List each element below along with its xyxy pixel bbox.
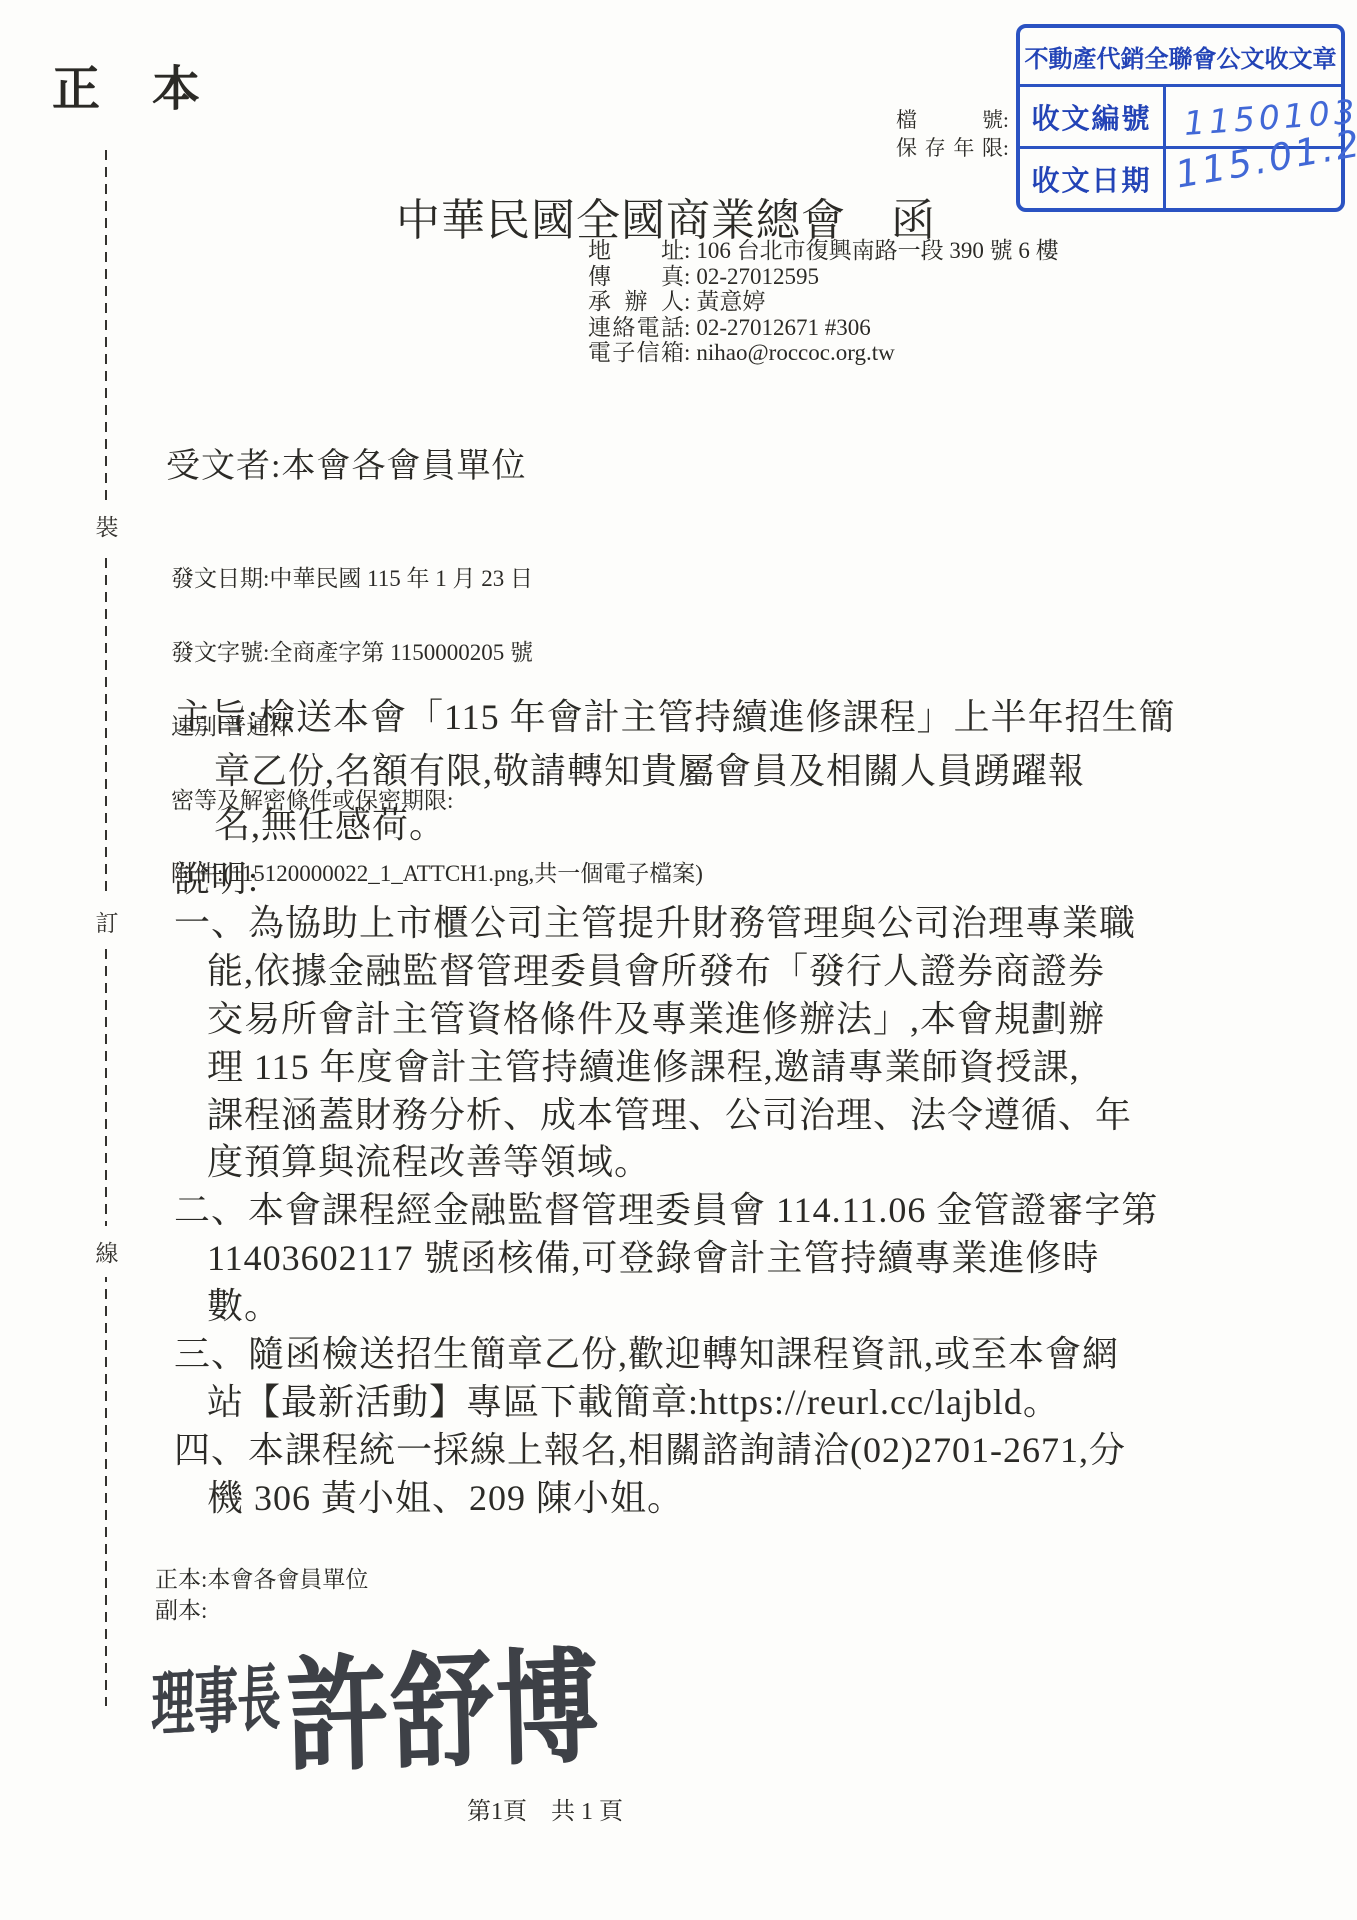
file-number-block: 檔號: 保存年限: <box>896 106 1009 162</box>
contact-address-row: 地址:106 台北市復興南路一段 390 號 6 樓 <box>588 238 1059 264</box>
receipt-number-label: 收文編號 <box>1020 87 1166 146</box>
explanation-heading: 說明: <box>174 861 259 897</box>
colon: : <box>684 289 690 314</box>
colon: : <box>1003 136 1009 160</box>
chairman-title-signature: 理事長 <box>151 1642 281 1751</box>
explanation-item1-line-3: 交易所會計主管資格條件及專業進修辦法」,本會規劃辦 <box>207 1001 1105 1037</box>
retention-period-row: 保存年限: <box>896 134 1009 162</box>
explanation-item1-line-5: 課程涵蓋財務分析、成本管理、公司治理、法令遵循、年 <box>207 1097 1132 1133</box>
file-number-row: 檔號: <box>896 106 1009 134</box>
address-label: 地址 <box>588 238 684 264</box>
email-label: 電子信箱 <box>588 340 684 366</box>
subject-line-2: 章乙份,名額有限,敬請轉知貴屬會員及相關人員踴躍報 <box>214 753 1085 789</box>
explanation-item2-line-3: 數。 <box>207 1288 281 1324</box>
explanation-item1-line-2: 能,依據金融監督管理委員會所發布「發行人證券商證券 <box>207 953 1105 989</box>
contact-phone-row: 連絡電話:02-27012671 #306 <box>588 315 1059 341</box>
retention-period-label: 保存年限 <box>896 134 1003 162</box>
colon: : <box>684 340 690 365</box>
recipient-line: 受文者:本會各會員單位 <box>166 438 526 487</box>
colon: : <box>684 238 690 263</box>
contact-person-value: 黃意婷 <box>696 289 765 314</box>
explanation-item1-line-1: 一、為協助上市櫃公司主管提升財務管理與公司治理專業職 <box>174 905 1136 941</box>
contact-email-row: 電子信箱:nihao@roccoc.org.tw <box>588 340 1059 366</box>
received-document-stamp: 不動產代銷全聯會公文收文章 收文編號 收文日期 11501034. 115.01… <box>1016 24 1345 212</box>
explanation-item3-line-2: 站【最新活動】專區下載簡章:https://reurl.cc/lajbld。 <box>207 1384 1060 1420</box>
colon: : <box>1003 108 1009 132</box>
contact-fax-row: 傳真:02-27012595 <box>588 264 1059 290</box>
chairman-name-signature: 許舒博 <box>284 1608 603 1796</box>
colon: : <box>684 264 690 289</box>
stamp-title: 不動產代銷全聯會公文收文章 <box>1020 28 1341 87</box>
explanation-item4-line-1: 四、本課程統一採線上報名,相關諮詢請洽(02)2701-2671,分 <box>174 1432 1126 1468</box>
phone-label: 連絡電話 <box>588 315 684 341</box>
explanation-item3-line-1: 三、隨函檢送招生簡章乙份,歡迎轉知課程資訊,或至本會網 <box>174 1336 1119 1372</box>
subject-line-1: 主旨:檢送本會「115 年會計主管持續進修課程」上半年招生簡 <box>174 699 1176 735</box>
address-value: 106 台北市復興南路一段 390 號 6 樓 <box>696 238 1058 263</box>
subject-line-3: 名,無任感荷。 <box>214 807 446 843</box>
phone-value: 02-27012671 #306 <box>696 315 870 340</box>
fax-value: 02-27012595 <box>696 264 819 289</box>
contact-person-row: 承辦人:黃意婷 <box>588 289 1059 315</box>
carbon-copy-line: 副本: <box>155 1592 207 1625</box>
binding-mark-xian: 線 <box>94 1226 120 1277</box>
official-letter-page: 正 本 裝 訂 線 檔號: 保存年限: 不動產代銷全聯會公文收文章 收文編號 收… <box>0 0 1357 1920</box>
binding-mark-zhuang: 裝 <box>94 500 120 551</box>
binding-mark-ding: 訂 <box>94 896 120 947</box>
page-number-footer: 第1頁 共 1 頁 <box>467 1791 623 1826</box>
explanation-item2-line-1: 二、本會課程經金融監督管理委員會 114.11.06 金管證審字第 <box>174 1192 1158 1228</box>
file-number-label: 檔號 <box>896 106 1003 134</box>
issue-date-line: 發文日期:中華民國 115 年 1 月 23 日 <box>171 567 703 592</box>
contact-person-label: 承辦人 <box>588 289 684 315</box>
receipt-date-label: 收文日期 <box>1020 149 1166 208</box>
explanation-item1-line-4: 理 115 年度會計主管持續進修課程,邀請專業師資授課, <box>207 1049 1080 1085</box>
explanation-item4-line-2: 機 306 黃小姐、209 陳小姐。 <box>207 1480 684 1516</box>
email-value: nihao@roccoc.org.tw <box>696 340 894 365</box>
explanation-item1-line-6: 度預算與流程改善等領域。 <box>207 1144 651 1180</box>
letterhead-contact-block: 地址:106 台北市復興南路一段 390 號 6 樓 傳真:02-2701259… <box>588 238 1059 366</box>
doc-number-line: 發文字號:全商產字第 1150000205 號 <box>171 641 703 666</box>
original-copy-line: 正本:本會各會員單位 <box>155 1561 368 1594</box>
fax-label: 傳真 <box>588 264 684 290</box>
copy-type-label: 正 本 <box>52 50 202 119</box>
colon: : <box>684 315 690 340</box>
explanation-item2-line-2: 11403602117 號函核備,可登錄會計主管持續專業進修時 <box>207 1240 1099 1276</box>
